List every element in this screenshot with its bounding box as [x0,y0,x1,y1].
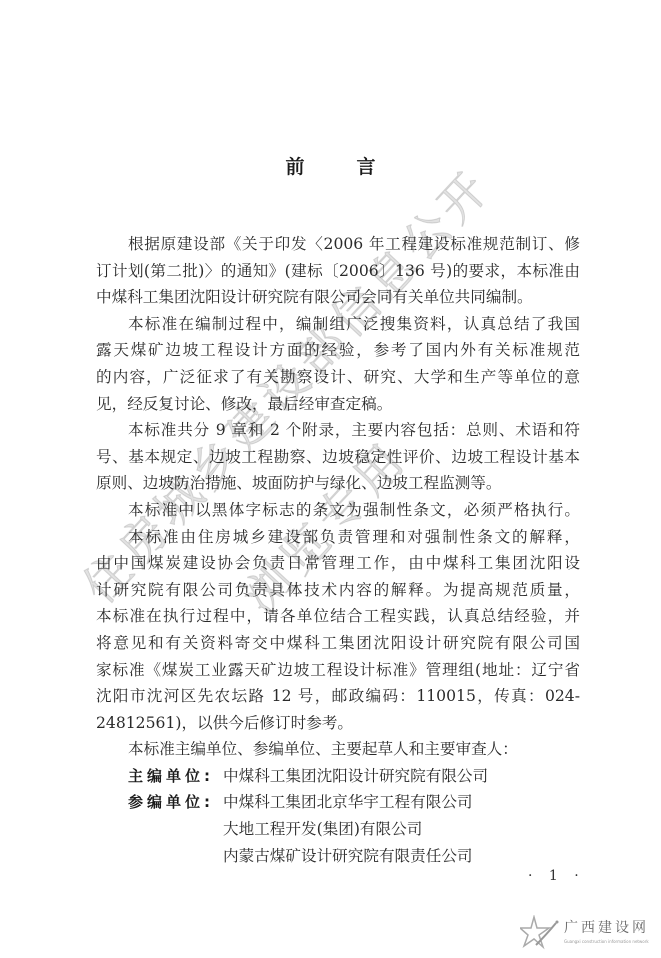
text-line: 本标准在编制过程中，编制组广泛搜集资料，认真总结了我国 [96,311,580,338]
text-line: 号、基本规定、边坡工程勘察、边坡稳定性评价、边坡工程设计基本 [96,444,580,471]
document-body: 根据原建设部《关于印发〈2006 年工程建设标准规范制订、修 订计划(第二批)〉… [96,231,580,869]
text-line: 由中国煤炭建设协会负责日常管理工作，由中煤科工集团沈阳设 [96,550,580,577]
text-line: 本标准由住房城乡建设部负责管理和对强制性条文的解释， [96,524,580,551]
page-number: · 1 · [528,868,585,884]
text-line: 本标准在执行过程中，请各单位结合工程实践，认真总结经验，并 [96,603,580,630]
participating-unit-value: 内蒙古煤矿设计研究院有限责任公司 [96,843,580,870]
text-line: 订计划(第二批)〉的通知》(建标〔2006〕136 号)的要求，本标准由 [96,258,580,285]
chief-unit-value: 中煤科工集团沈阳设计研究院有限公司 [223,767,488,785]
site-logo: 广西建设网 Guangxi construction information n… [520,915,660,953]
text-line: 本标准主编单位、参编单位、主要起草人和主要审查人： [96,736,580,763]
logo-name: 广西建设网 [564,917,649,937]
participating-unit-row: 参编单位:中煤科工集团北京华宇工程有限公司 [96,789,580,816]
text-line: 中煤科工集团沈阳设计研究院有限公司会同有关单位共同编制。 [96,284,580,311]
text-line: 24812561)，以供今后修订时参考。 [96,710,580,737]
text-line: 本标准中以黑体字标志的条文为强制性条文，必须严格执行。 [96,497,580,524]
chief-unit-label: 主编单位: [128,763,223,790]
text-line: 沈阳市沈河区先农坛路 12 号，邮政编码：110015，传真：024- [96,683,580,710]
document-page: 住房城乡建设部信息公开 浏览专用 前言 根据原建设部《关于印发〈2006 年工程… [0,0,661,958]
participating-unit-value: 中煤科工集团北京华宇工程有限公司 [223,793,473,811]
text-line: 原则、边坡防治措施、坡面防护与绿化、边坡工程监测等。 [96,470,580,497]
text-line: 计研究院有限公司负责具体技术内容的解释。为提高规范质量， [96,577,580,604]
logo-subtitle: Guangxi construction information network [564,939,649,944]
text-line: 家标准《煤炭工业露天矿边坡工程设计标准》管理组(地址：辽宁省 [96,657,580,684]
text-line: 根据原建设部《关于印发〈2006 年工程建设标准规范制订、修 [96,231,580,258]
chief-unit-row: 主编单位:中煤科工集团沈阳设计研究院有限公司 [96,763,580,790]
participating-unit-value: 大地工程开发(集团)有限公司 [96,816,580,843]
text-line: 本标准共分 9 章和 2 个附录，主要内容包括：总则、术语和符 [96,417,580,444]
text-line: 的内容，广泛征求了有关勘察设计、研究、大学和生产等单位的意 [96,364,580,391]
participating-unit-label: 参编单位: [128,789,223,816]
text-line: 将意见和有关资料寄交中煤科工集团沈阳设计研究院有限公司国 [96,630,580,657]
text-line: 露天煤矿边坡工程设计方面的经验，参考了国内外有关标准规范 [96,337,580,364]
star-logo-icon [520,915,560,951]
text-line: 见，经反复讨论、修改，最后经审查定稿。 [96,391,580,418]
page-title: 前言 [0,152,661,179]
